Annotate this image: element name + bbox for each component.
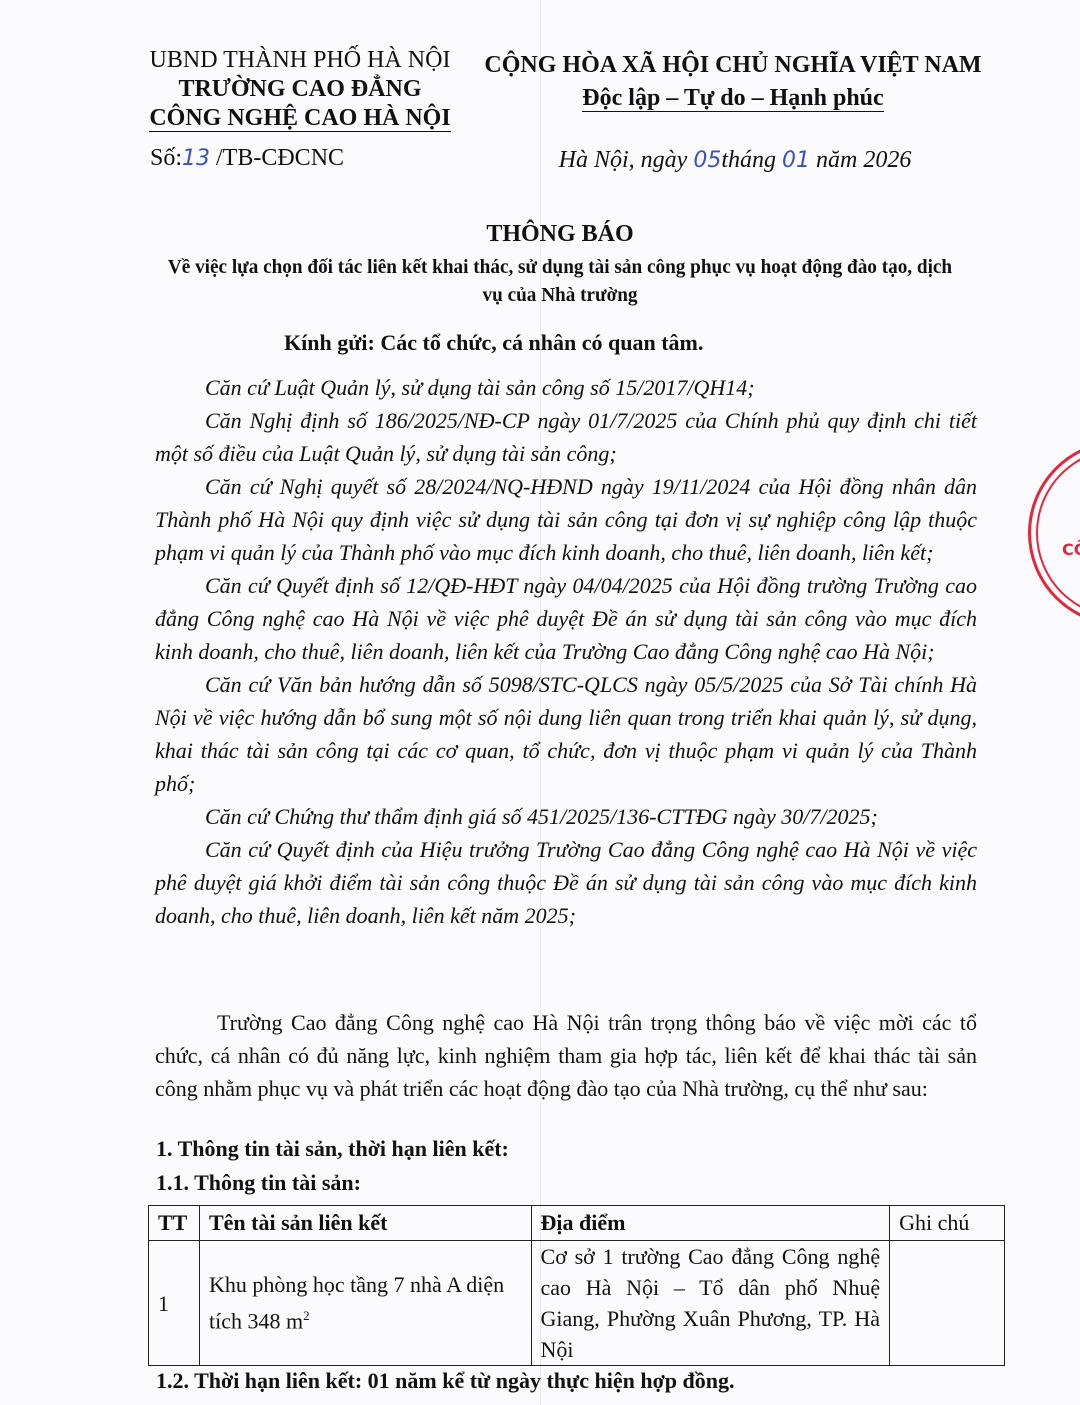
handwritten-day: 05	[693, 148, 721, 173]
number-suffix: /TB-CĐCNC	[210, 145, 344, 171]
cell-asset-name: Khu phòng học tầng 7 nhà A diện tích 348…	[199, 1241, 531, 1366]
issue-date: Hà Nội, ngày 05tháng 01 năm 2026	[480, 147, 990, 174]
asset-table: TT Tên tài sản liên kết Địa điểm Ghi chú…	[148, 1205, 1005, 1366]
asset-name-text: Khu phòng học tầng 7 nhà A diện tích 348…	[209, 1272, 504, 1333]
seal-text: CÔ	[1062, 540, 1080, 559]
country-name: CỘNG HÒA XÃ HỘI CHỦ NGHĨA VIỆT NAM	[478, 49, 988, 82]
section-1-heading: 1. Thông tin tài sản, thời hạn liên kết:	[156, 1136, 509, 1162]
national-motto: Độc lập – Tự do – Hạnh phúc	[582, 85, 883, 112]
national-header-block: CỘNG HÒA XÃ HỘI CHỦ NGHĨA VIỆT NAM Độc l…	[478, 49, 988, 115]
legal-basis-item: Căn cứ Quyết định số 12/QĐ-HĐT ngày 04/0…	[155, 569, 977, 668]
school-name-line1: TRƯỜNG CAO ĐẲNG	[130, 75, 470, 104]
col-header-note: Ghi chú	[890, 1206, 1005, 1241]
legal-basis-item: Căn cứ Chứng thư thẩm định giá số 451/20…	[155, 800, 977, 833]
number-prefix: Số:	[150, 145, 182, 171]
intro-paragraph-block: Trường Cao đẳng Công nghệ cao Hà Nội trâ…	[155, 1006, 977, 1105]
asset-table-header-row: TT Tên tài sản liên kết Địa điểm Ghi chú	[149, 1206, 1005, 1241]
table-row: 1 Khu phòng học tầng 7 nhà A diện tích 3…	[149, 1241, 1005, 1366]
date-mid: tháng	[721, 147, 782, 173]
school-name-line2: CÔNG NGHỆ CAO HÀ NỘI	[149, 105, 450, 132]
official-seal-icon	[1028, 440, 1080, 626]
document-subject: Về việc lựa chọn đối tác liên kết khai t…	[157, 253, 963, 309]
legal-basis-item: Căn cứ Nghị quyết số 28/2024/NQ-HĐND ngà…	[155, 470, 977, 569]
handwritten-number: 13	[182, 146, 210, 171]
asset-area-unit-superscript: 2	[303, 1308, 310, 1323]
intro-paragraph: Trường Cao đẳng Công nghệ cao Hà Nội trâ…	[155, 1006, 977, 1105]
legal-basis-item: Căn cứ Quyết định của Hiệu trưởng Trường…	[155, 833, 977, 932]
date-prefix: Hà Nội, ngày	[559, 147, 694, 173]
col-header-asset-name: Tên tài sản liên kết	[199, 1206, 531, 1241]
col-header-tt: TT	[149, 1206, 200, 1241]
document-number: Số:13 /TB-CĐCNC	[150, 145, 344, 172]
cell-note	[890, 1241, 1005, 1366]
col-header-location: Địa điểm	[531, 1206, 890, 1241]
issuing-authority-block: UBND THÀNH PHỐ HÀ NỘI TRƯỜNG CAO ĐẲNG CÔ…	[130, 46, 470, 133]
cell-tt: 1	[149, 1241, 200, 1366]
legal-basis-item: Căn cứ Văn bản hướng dẫn số 5098/STC-QLC…	[155, 668, 977, 800]
document-title: THÔNG BÁO	[140, 221, 980, 248]
legal-basis-list: Căn cứ Luật Quản lý, sử dụng tài sản côn…	[155, 371, 977, 932]
legal-basis-item: Căn cứ Luật Quản lý, sử dụng tài sản côn…	[155, 371, 977, 404]
section-1-1-heading: 1.1. Thông tin tài sản:	[156, 1170, 361, 1196]
cell-location: Cơ sở 1 trường Cao đẳng Công nghệ cao Hà…	[531, 1241, 890, 1366]
date-suffix: năm 2026	[810, 147, 911, 173]
legal-basis-item: Căn Nghị định số 186/2025/NĐ-CP ngày 01/…	[155, 404, 977, 470]
recipient-line: Kính gửi: Các tổ chức, cá nhân có quan t…	[284, 330, 703, 356]
section-1-2-heading: 1.2. Thời hạn liên kết: 01 năm kể từ ngà…	[156, 1368, 734, 1394]
parent-authority: UBND THÀNH PHỐ HÀ NỘI	[130, 46, 470, 75]
handwritten-month: 01	[782, 148, 810, 173]
